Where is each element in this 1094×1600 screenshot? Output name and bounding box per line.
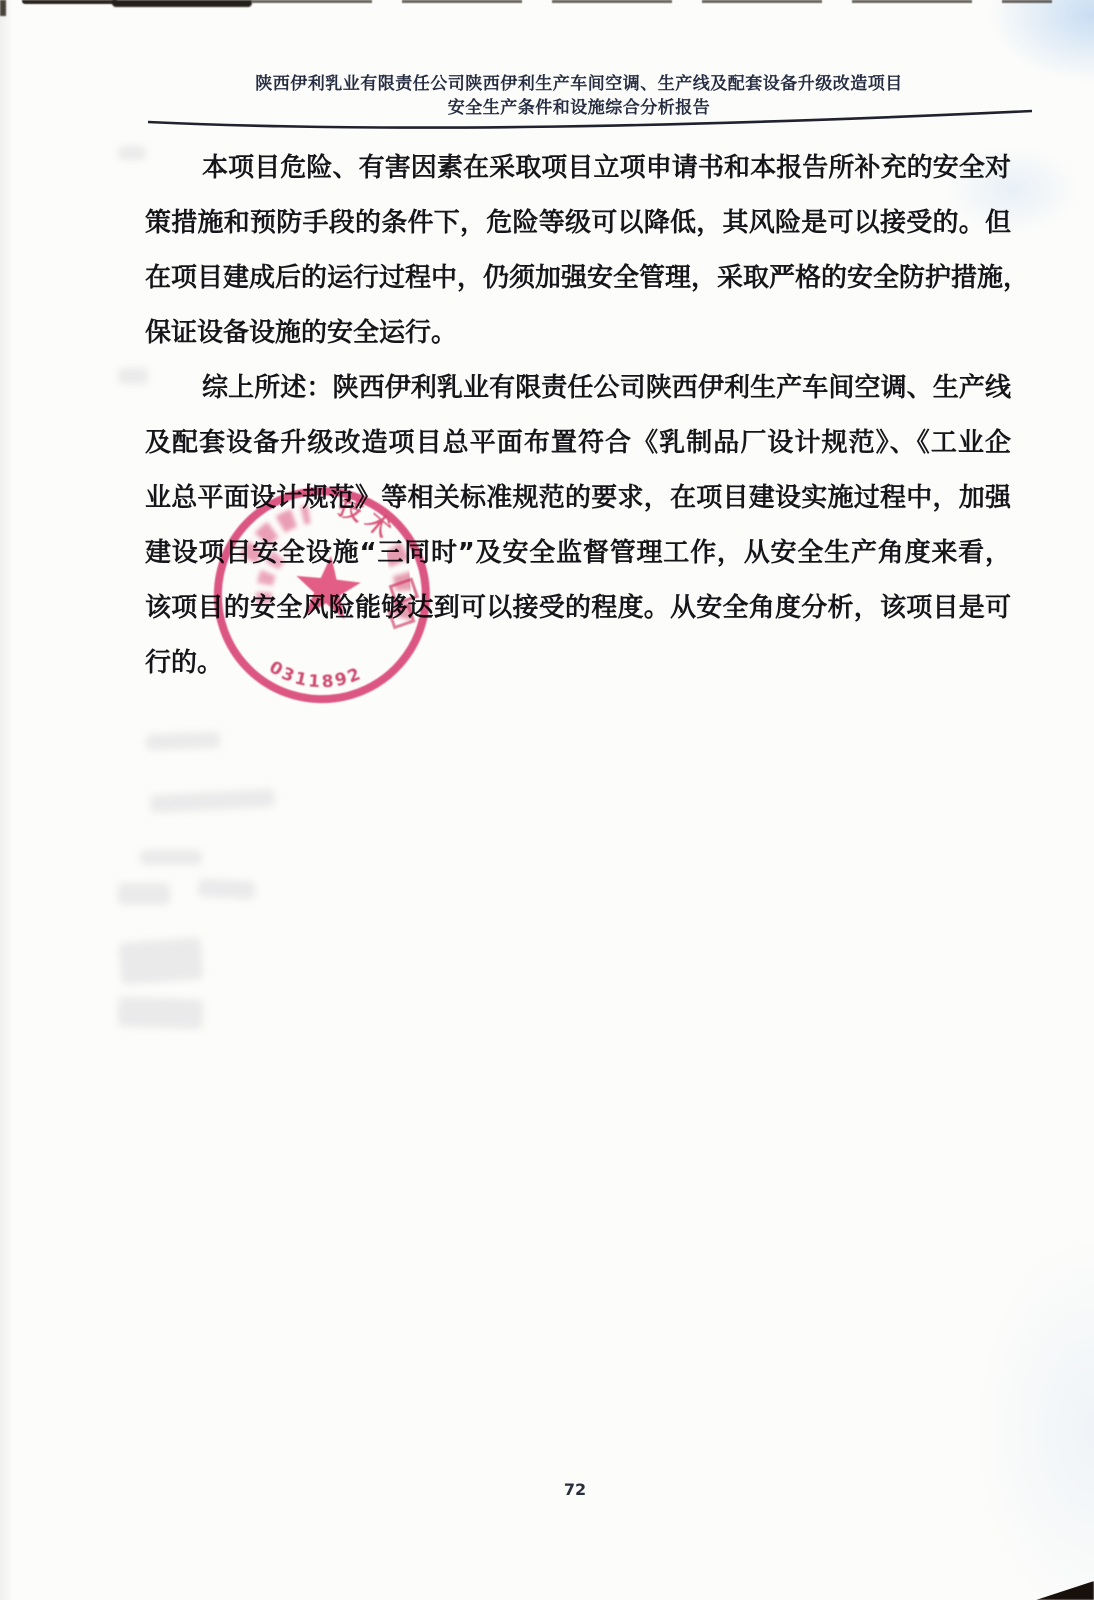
- scan-corner-artifact: [1036, 1581, 1094, 1600]
- red-seal-stamp: 技术 0311892: [188, 461, 459, 732]
- seal-star-icon: [292, 553, 363, 621]
- bleed-through-smudge: [119, 937, 204, 985]
- header-line-1: 陕西伊利乳业有限责任公司陕西伊利生产车间空调、生产线及配套设备升级改造项目: [114, 72, 1044, 96]
- bleed-through-smudge: [150, 789, 276, 814]
- bleed-through-smudge: [118, 883, 170, 905]
- paragraph-line: 综上所述：陕西伊利乳业有限责任公司陕西伊利生产车间空调、生产线: [145, 361, 1011, 416]
- paragraph-line: 在项目建成后的运行过程中，仍须加强安全管理，采取严格的安全防护措施，: [145, 251, 1011, 306]
- bleed-through-smudge: [118, 997, 204, 1030]
- seal-smudge-arc: [245, 514, 312, 559]
- bleed-through-smudge: [146, 732, 221, 751]
- paragraph-line: 本项目危险、有害因素在采取项目立项申请书和本报告所补充的安全对: [145, 141, 1011, 196]
- document-page: 陕西伊利乳业有限责任公司陕西伊利生产车间空调、生产线及配套设备升级改造项目 安全…: [0, 0, 1094, 1600]
- scan-edge-artifact: [252, 0, 1052, 3]
- paragraph-line: 策措施和预防手段的条件下，危险等级可以降低，其风险是可以接受的。但: [145, 196, 1011, 251]
- bleed-through-smudge: [118, 368, 148, 384]
- page-number: 72: [0, 1480, 1094, 1499]
- seal-smudge-arc: [261, 550, 289, 604]
- paragraph-line: 及配套设备升级改造项目总平面布置符合《乳制品厂设计规范》、《工业企: [145, 416, 1011, 471]
- scan-edge-artifact: [112, 0, 252, 7]
- paragraph-line: 保证设备设施的安全运行。: [145, 306, 1011, 361]
- bleed-through-smudge: [198, 879, 256, 900]
- header-rule: [140, 103, 1040, 137]
- bleed-through-smudge: [140, 850, 202, 865]
- scan-edge-artifact: [0, 0, 6, 16]
- scan-edge-artifact: [22, 0, 117, 4]
- bleed-through-smudge: [118, 146, 146, 160]
